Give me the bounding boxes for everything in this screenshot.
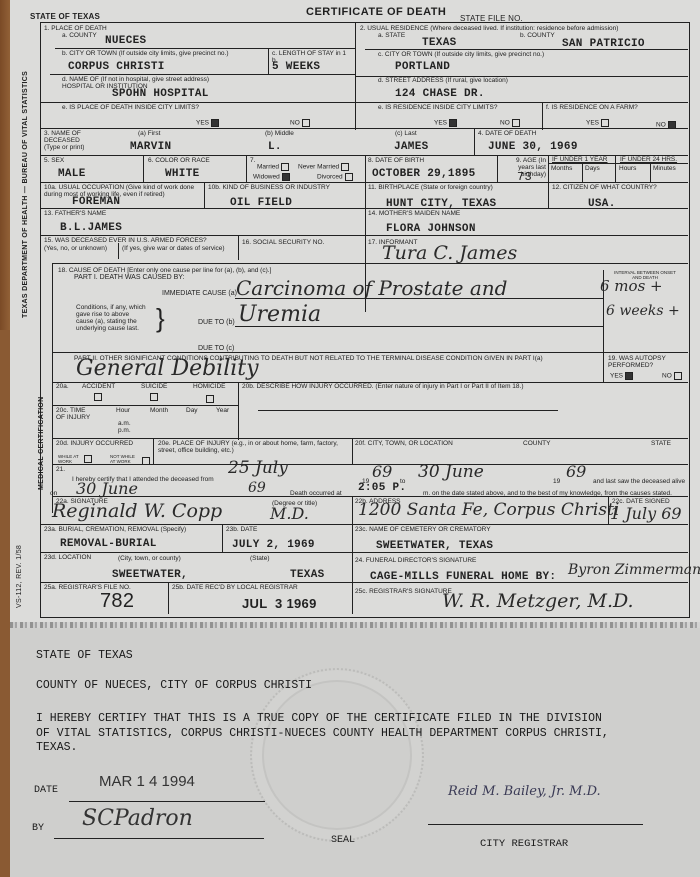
middle-name-label: (b) Middle (265, 130, 294, 137)
interval-b-value: 6 weeks + (606, 303, 680, 319)
divider (474, 128, 475, 155)
divider (40, 128, 688, 129)
suicide-checkbox[interactable] (150, 393, 158, 401)
divider (153, 438, 154, 464)
suicide-label: SUICIDE (141, 383, 167, 390)
conditions-label: Conditions, if any, which gave rise to a… (76, 304, 146, 332)
divider (40, 182, 688, 183)
divider (52, 464, 688, 465)
autopsy-no[interactable]: NO (662, 372, 682, 380)
sex-value: MALE (58, 168, 86, 180)
divider (603, 352, 604, 382)
part1-label: PART I. DEATH WAS CAUSED BY: (74, 274, 184, 281)
dob-label: 8. DATE OF BIRTH (368, 157, 424, 164)
checkbox-checked[interactable] (211, 119, 219, 127)
yes-label: YES (434, 120, 447, 127)
side-text-medical: MEDICAL CERTIFICATION (38, 396, 45, 490)
industry-label: 10b. KIND OF BUSINESS OR INDUSTRY (208, 184, 330, 191)
armed-yn-label: (Yes, no, or unknown) (44, 245, 107, 252)
occupation-label: 10a. USUAL OCCUPATION (Give kind of work… (44, 184, 204, 198)
cert-state: STATE OF TEXAS (36, 649, 133, 662)
autopsy-yes[interactable]: YES (610, 372, 633, 380)
hour-label: Hour (116, 407, 130, 414)
not-at-work-label: NOT WHILE AT WORK (110, 454, 138, 464)
ampm-label: a.m. p.m. (118, 420, 132, 434)
day-label: Day (186, 407, 198, 414)
divider (52, 352, 688, 353)
res-inside-yes[interactable]: YES (434, 119, 457, 127)
divider (40, 582, 688, 583)
location-state-value: TEXAS (290, 569, 325, 581)
informant-signature: Tura C. James (382, 242, 517, 264)
cemetery-label: 23c. NAME OF CEMETERY OR CREMATORY (355, 526, 491, 533)
accident-checkbox[interactable] (94, 393, 102, 401)
res-city-label: c. CITY OR TOWN (If outside city limits,… (378, 51, 544, 58)
cert-date-value: MAR 1 4 1994 (99, 773, 195, 790)
divider (548, 163, 688, 164)
funeral-director-label: 24. FUNERAL DIRECTOR'S SIGNATURE (355, 557, 476, 564)
inside-limits-yes[interactable]: YES (196, 119, 219, 127)
res-county-label: b. COUNTY (520, 32, 555, 39)
immediate-cause-value: Carcinoma of Prostate and (236, 276, 507, 300)
no-label: NO (662, 373, 672, 380)
due-c-label: DUE TO (c) (198, 345, 234, 352)
name-label: 3. NAME OF DECEASED (Type or print) (44, 130, 94, 151)
dob-value: OCTOBER 29,1895 (372, 168, 476, 180)
stay-value: 5 WEEKS (272, 61, 320, 73)
divider (650, 163, 651, 182)
widowed-label: Widowed (253, 174, 280, 181)
cert-by-signature: SCPadron (82, 806, 193, 831)
divider (258, 410, 558, 411)
location-city-value: SWEETWATER, (112, 569, 188, 581)
divider (235, 326, 603, 327)
month-label: Month (150, 407, 168, 414)
divider (52, 405, 238, 406)
usual-residence-label: 2. USUAL RESIDENCE (Where deceased lived… (360, 25, 618, 32)
no-label: NO (500, 120, 510, 127)
injury-county-label: COUNTY (523, 440, 550, 447)
death-county-value: NUECES (105, 35, 146, 47)
res-city-value: PORTLAND (395, 61, 450, 73)
divider (365, 182, 366, 208)
registrar-signature-label: 25c. REGISTRAR'S SIGNATURE (355, 588, 452, 595)
date-received-label: 25b. DATE REC'D BY LOCAL REGISTRAR (172, 584, 298, 591)
married-label: Married (257, 164, 279, 171)
divider (55, 48, 355, 49)
date-line (69, 801, 265, 802)
burial-date-label: 23b. DATE (226, 526, 257, 533)
mother-value: FLORA JOHNSON (386, 223, 476, 235)
injury-type-label: 20a. (56, 383, 69, 390)
autopsy-label: 19. WAS AUTOPSY PERFORMED? (608, 355, 688, 369)
accident-label: ACCIDENT (82, 383, 115, 390)
homicide-checkbox[interactable] (206, 395, 214, 403)
address-value: 1200 Santa Fe, Corpus Christi (358, 500, 619, 520)
certificate-paper: STATE OF TEXAS CERTIFICATE OF DEATH STAT… (10, 0, 690, 877)
res-state-label: a. STATE (378, 32, 405, 39)
first-name-value: MARVIN (130, 141, 171, 153)
divider (118, 243, 119, 259)
res-street-label: d. STREET ADDRESS (If rural, give locati… (378, 77, 508, 84)
county-label: a. COUNTY (62, 32, 97, 39)
cert-text-2: and last saw the deceased alive (593, 478, 685, 485)
immediate-cause-label: IMMEDIATE CAUSE (a) (162, 290, 237, 297)
divider (352, 524, 353, 614)
burial-date-value: JULY 2, 1969 (232, 539, 315, 551)
city-registrar-signature: Reid M. Bailey, Jr. M.D. (448, 784, 601, 799)
certified-copy-section: STATE OF TEXAS COUNTY OF NUECES, CITY OF… (10, 628, 700, 877)
divider (50, 74, 355, 75)
yes-label: YES (586, 120, 599, 127)
embossed-seal (250, 668, 424, 842)
father-value: B.L.JAMES (60, 222, 122, 234)
middle-name-value: L. (268, 141, 282, 153)
death-city-value: CORPUS CHRISTI (68, 61, 165, 73)
under-24-hrs-label: IF UNDER 24 HRS. (620, 156, 677, 163)
to-year-prefix: 19 (553, 478, 560, 485)
citizen-label: 12. CITIZEN OF WHAT COUNTRY? (552, 184, 657, 191)
divider (222, 524, 223, 552)
degree-value: M.D. (270, 504, 309, 523)
divider (40, 208, 688, 209)
marital-divorced[interactable]: Divorced (317, 173, 353, 181)
divider (238, 235, 239, 260)
farm-yes[interactable]: YES (586, 119, 609, 127)
injury-location-label: 20f. CITY, TOWN, OR LOCATION (355, 440, 453, 447)
divider (40, 552, 688, 553)
armed-war-label: (If yes, give war or dates of service) (122, 245, 225, 252)
injury-state-label: STATE (651, 440, 671, 447)
dod-value: JUNE 30, 1969 (488, 141, 578, 153)
no-label: NO (290, 120, 300, 127)
marital-never-married[interactable]: Never Married (298, 163, 349, 171)
divider (52, 263, 53, 513)
divider (40, 235, 688, 236)
months-label: Months (551, 165, 572, 172)
last-name-value: JAMES (394, 141, 429, 153)
registrar-line (428, 824, 643, 825)
by-line (54, 838, 264, 839)
divider (246, 155, 247, 182)
checkbox[interactable] (281, 163, 289, 171)
homicide-label: HOMICIDE (193, 383, 226, 390)
divider (352, 496, 353, 524)
divorced-label: Divorced (317, 174, 343, 181)
res-state-value: TEXAS (422, 37, 457, 49)
cemetery-value: SWEETWATER, TEXAS (376, 540, 493, 552)
divider (40, 524, 688, 525)
divider (548, 182, 549, 208)
while-at-work-checkbox[interactable] (84, 455, 92, 463)
cause-label: 18. CAUSE OF DEATH [Enter only one cause… (58, 267, 271, 274)
describe-injury-label: 20b. DESCRIBE HOW INJURY OCCURRED. (Ente… (242, 383, 524, 390)
cert-body-line-1: I HEREBY CERTIFY THAT THIS IS A TRUE COP… (36, 712, 602, 725)
checkbox[interactable] (674, 372, 682, 380)
divider (268, 48, 269, 74)
checkbox[interactable] (302, 119, 310, 127)
marital-widowed[interactable]: Widowed (253, 173, 290, 181)
funeral-director-signature: Byron Zimmerman (568, 562, 700, 578)
injury-occurred-label: 20d. INJURY OCCURRED (56, 440, 133, 447)
res-inside-limits-label: e. IS RESIDENCE INSIDE CITY LIMITS? (378, 104, 497, 111)
dod-label: 4. DATE OF DEATH (478, 130, 536, 137)
registrar-signature: W. R. Metzger, M.D. (442, 590, 634, 612)
yes-label: YES (196, 120, 209, 127)
divider (497, 155, 498, 182)
divider (52, 496, 688, 497)
divider (40, 102, 355, 103)
death-time-value: 2:05 P. (358, 482, 406, 494)
registrar-file-value: 782 (100, 590, 134, 613)
divider (542, 102, 543, 130)
checkbox[interactable] (341, 163, 349, 171)
race-value: WHITE (165, 168, 200, 180)
cert-by-label: BY (32, 823, 44, 834)
ssn-label: 16. SOCIAL SECURITY NO. (242, 239, 324, 246)
divider (548, 155, 549, 182)
on-year-value: 69 (248, 480, 266, 496)
divider (355, 102, 688, 103)
time-of-injury-label: 20c. TIME OF INJURY (56, 407, 96, 421)
interval-a-value: 6 mos + (600, 277, 663, 295)
date-signed-value: 1 July 69 (610, 504, 682, 523)
divider (615, 155, 616, 182)
sex-label: 5. SEX (44, 157, 64, 164)
checkbox[interactable] (345, 173, 353, 181)
divider (365, 49, 688, 50)
while-at-work-label: WHILE AT WORK (58, 454, 80, 464)
cert-date-label: DATE (34, 785, 58, 796)
to-year-value: 69 (566, 462, 586, 481)
divider (238, 382, 239, 440)
birthplace-label: 11. BIRTHPLACE (State or foreign country… (368, 184, 493, 191)
checkbox-checked[interactable] (449, 119, 457, 127)
hours-label: Hours (619, 165, 636, 172)
attended-from-date: 25 July (228, 458, 288, 478)
burial-location-label: 23d. LOCATION (44, 554, 91, 561)
death-certificate-form: STATE OF TEXAS CERTIFICATE OF DEATH STAT… (10, 0, 700, 628)
location-state-label: (State) (250, 555, 270, 562)
divider (365, 155, 366, 182)
hospital-value: SPOHN HOSPITAL (112, 88, 209, 100)
marital-married[interactable]: Married (257, 163, 289, 171)
seal-label: SEAL (331, 835, 355, 846)
year-label: Year (216, 407, 229, 414)
divider (352, 438, 353, 464)
divider (52, 438, 688, 439)
occupation-value: FOREMAN (72, 196, 120, 208)
inside-limits-label: e. IS PLACE OF DEATH INSIDE CITY LIMITS? (62, 104, 199, 111)
armed-forces-label: 15. WAS DECEASED EVER IN U.S. ARMED FORC… (44, 237, 207, 244)
checkbox-checked[interactable] (282, 173, 290, 181)
checkbox[interactable] (512, 119, 520, 127)
race-label: 6. COLOR OR RACE (148, 157, 210, 164)
brace: } (156, 304, 165, 332)
under-1-year-label: IF UNDER 1 YEAR (552, 156, 608, 163)
cert-body-line-3: TEXAS. (36, 741, 77, 754)
due-b-value: Uremia (238, 302, 321, 327)
form-number: VS-112, REV. 1/58 (16, 545, 23, 608)
state-header: STATE OF TEXAS (30, 12, 100, 21)
divider (582, 163, 583, 182)
last-name-label: (c) Last (395, 130, 417, 137)
part2-value: General Debility (76, 356, 259, 381)
res-inside-no[interactable]: NO (500, 119, 520, 127)
divider (168, 582, 169, 614)
farm-label: f. IS RESIDENCE ON A FARM? (546, 104, 638, 111)
divider (608, 496, 609, 524)
attended-to-date: 30 June (418, 462, 484, 482)
place-of-injury-label: 20e. PLACE OF INJURY (e.g., in or about … (158, 440, 348, 454)
place-of-death-label: 1. PLACE OF DEATH (44, 25, 107, 32)
cert-county: COUNTY OF NUECES, CITY OF CORPUS CHRISTI (36, 679, 312, 692)
first-name-label: (a) First (138, 130, 160, 137)
location-city-label: (City, town, or county) (118, 555, 181, 562)
city-registrar-label: CITY REGISTRAR (480, 838, 568, 850)
side-text-bureau: TEXAS DEPARTMENT OF HEALTH — BUREAU OF V… (22, 71, 29, 318)
divider (143, 155, 144, 182)
date-received-value: JUL 3 1969 (242, 596, 317, 611)
yes-label: YES (610, 373, 623, 380)
divider (204, 182, 205, 208)
res-street-value: 124 CHASE DR. (395, 88, 485, 100)
cert-21-label: 21. (56, 466, 65, 473)
burial-method-value: REMOVAL-BURIAL (60, 538, 157, 550)
checkbox-checked[interactable] (625, 372, 633, 380)
divider (52, 263, 688, 264)
due-b-label: DUE TO (b) (198, 319, 235, 326)
never-married-label: Never Married (298, 164, 339, 171)
father-label: 13. FATHER'S NAME (44, 210, 106, 217)
burial-method-label: 23a. BURIAL, CREMATION, REMOVAL (Specify… (44, 526, 186, 533)
cert-body-line-2: OF VITAL STATISTICS, CORPUS CHRISTI-NUEC… (36, 727, 609, 740)
physician-signature: Reginald W. Copp (52, 500, 222, 522)
minutes-label: Minutes (653, 165, 676, 172)
checkbox[interactable] (601, 119, 609, 127)
city-label: b. CITY OR TOWN (If outside city limits,… (62, 50, 229, 57)
document-title: CERTIFICATE OF DEATH (306, 6, 446, 18)
inside-limits-no[interactable]: NO (290, 119, 310, 127)
from-year-value: 69 (372, 462, 392, 481)
days-label: Days (585, 165, 600, 172)
mother-label: 14. MOTHER'S MAIDEN NAME (368, 210, 460, 217)
marital-label: 7. (250, 157, 255, 164)
